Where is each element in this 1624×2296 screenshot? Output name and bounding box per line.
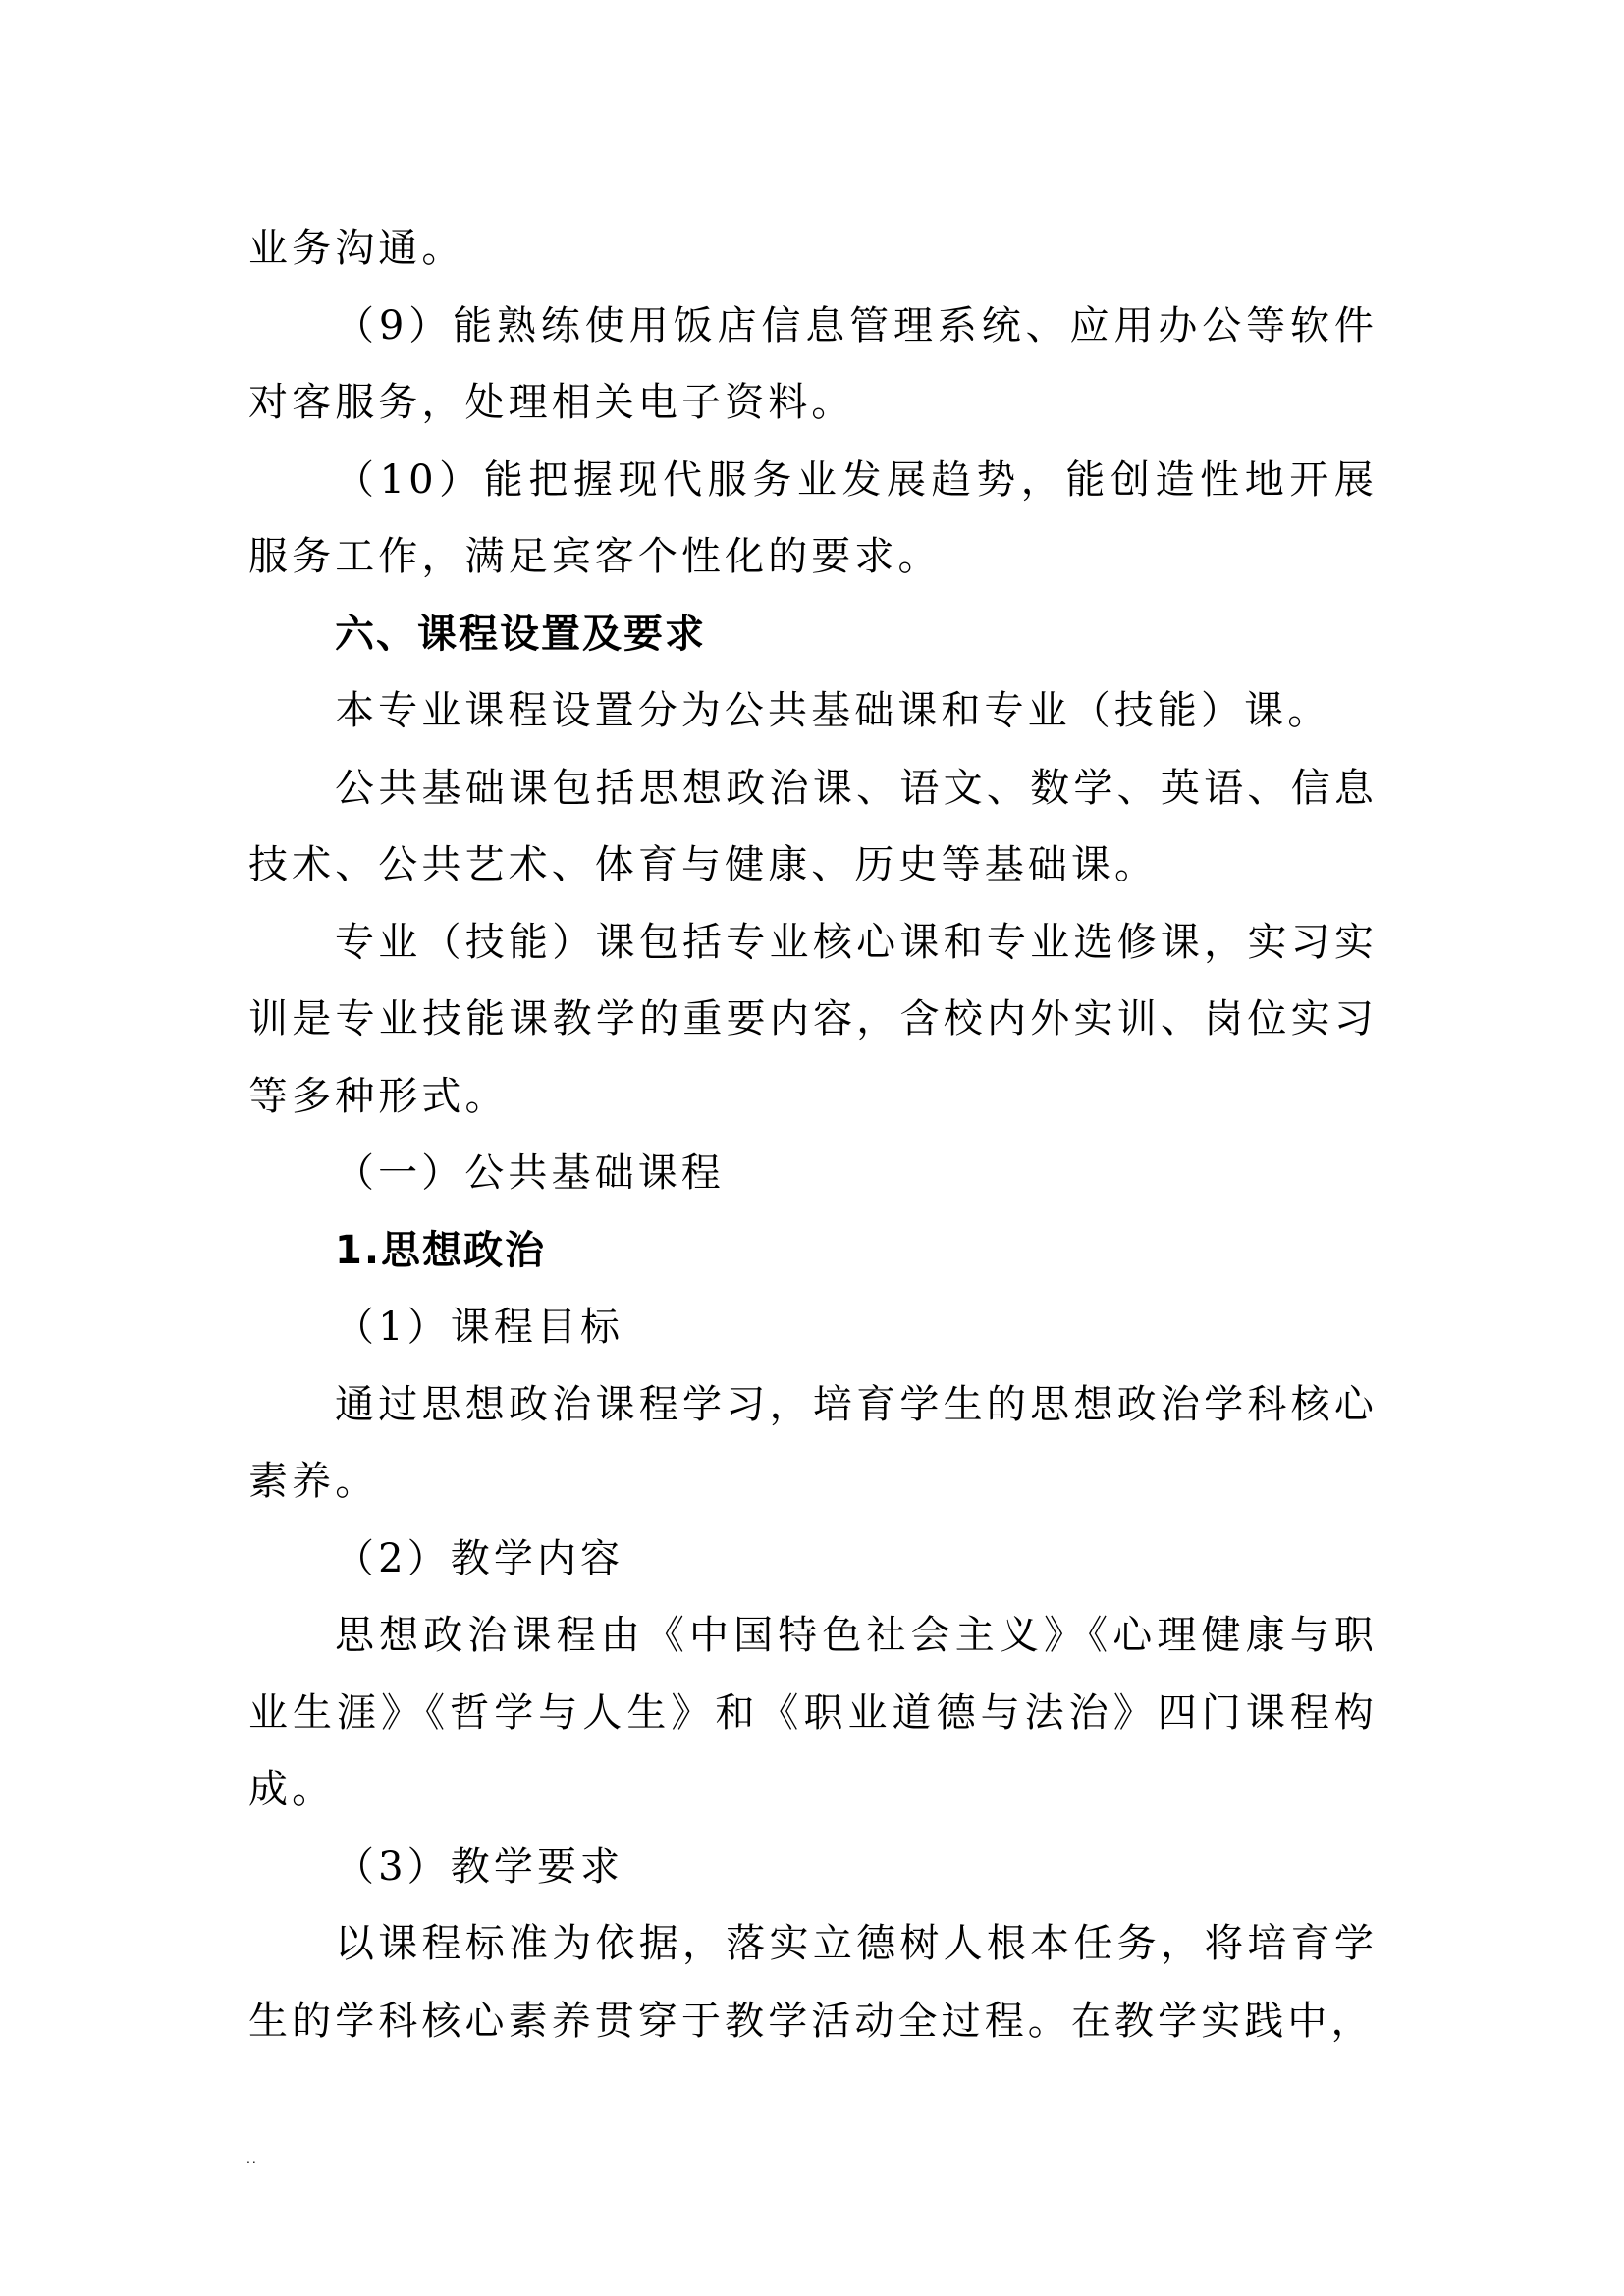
document-page: 业务沟通。 （9）能熟练使用饭店信息管理系统、应用办公等软件对客服务，处理相关电… <box>248 210 1378 2059</box>
paragraph-continued: 业务沟通。 <box>248 210 1378 288</box>
section-heading-6: 六、课程设置及要求 <box>248 596 1378 673</box>
subheading-teaching-requirements: （3）教学要求 <box>248 1829 1378 1906</box>
footer-mark: .. <box>246 2150 258 2165</box>
heading-course-politics: 1.思想政治 <box>248 1212 1378 1290</box>
paragraph-item-10: （10）能把握现代服务业发展趋势，能创造性地开展服务工作，满足宾客个性化的要求。 <box>248 442 1378 596</box>
paragraph-item-9: （9）能熟练使用饭店信息管理系统、应用办公等软件对客服务，处理相关电子资料。 <box>248 288 1378 442</box>
paragraph-teaching-content: 思想政治课程由《中国特色社会主义》《心理健康与职业生涯》《哲学与人生》和《职业道… <box>248 1597 1378 1829</box>
paragraph-teaching-requirements: 以课程标准为依据，落实立德树人根本任务，将培育学生的学科核心素养贯穿于教学活动全… <box>248 1905 1378 2059</box>
paragraph-course-goal: 通过思想政治课程学习，培育学生的思想政治学科核心素养。 <box>248 1366 1378 1521</box>
paragraph-course-intro: 本专业课程设置分为公共基础课和专业（技能）课。 <box>248 672 1378 750</box>
subheading-course-goal: （1）课程目标 <box>248 1289 1378 1366</box>
paragraph-public-basic: 公共基础课包括思想政治课、语文、数学、英语、信息技术、公共艺术、体育与健康、历史… <box>248 750 1378 904</box>
subheading-teaching-content: （2）教学内容 <box>248 1521 1378 1598</box>
subheading-public-basic-courses: （一）公共基础课程 <box>248 1135 1378 1212</box>
paragraph-professional: 专业（技能）课包括专业核心课和专业选修课，实习实训是专业技能课教学的重要内容，含… <box>248 904 1378 1136</box>
